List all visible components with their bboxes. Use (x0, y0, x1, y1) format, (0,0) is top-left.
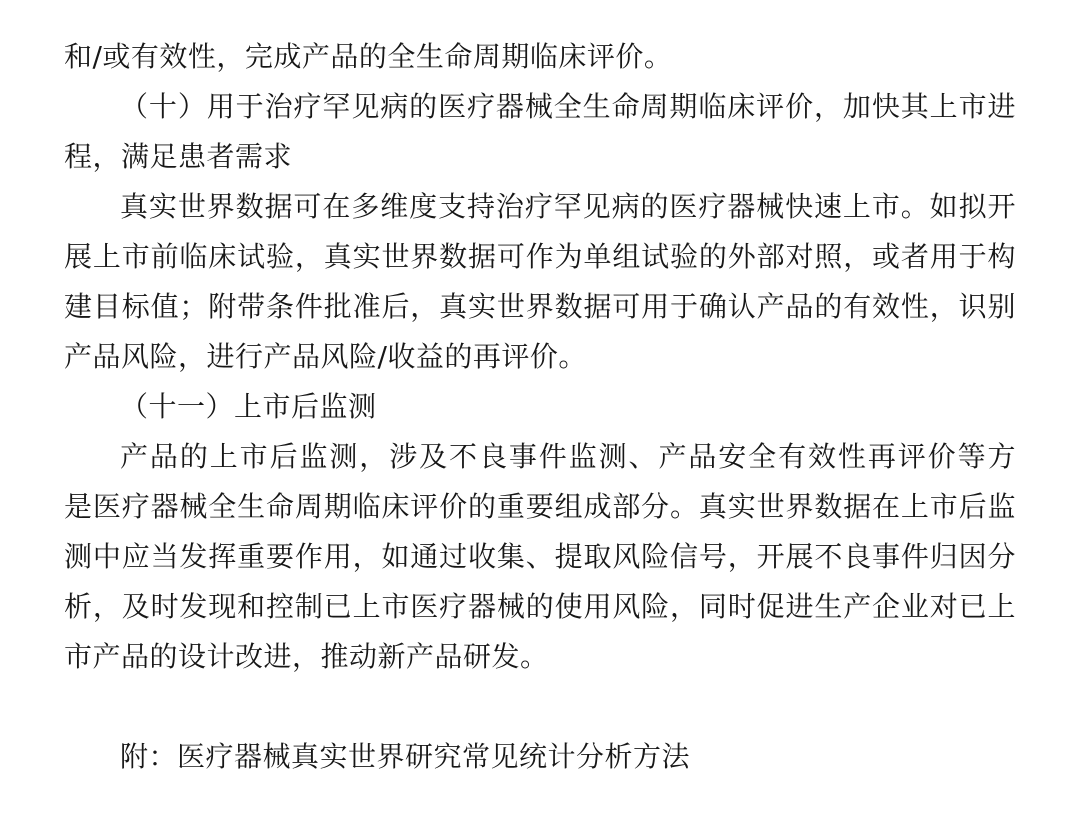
text-line: （十）用于治疗罕见病的医疗器械全生命周期临床评价，加快其上市进 (64, 82, 1016, 132)
text-line: 产品风险，进行产品风险/收益的再评价。 (64, 332, 1016, 382)
blank-line (64, 682, 1016, 732)
text-line: 附：医疗器械真实世界研究常见统计分析方法 (64, 732, 1016, 782)
text-line: 建目标值；附带条件批准后，真实世界数据可用于确认产品的有效性，识别 (64, 282, 1016, 332)
text-line: 真实世界数据可在多维度支持治疗罕见病的医疗器械快速上市。如拟开 (64, 182, 1016, 232)
text-line: 展上市前临床试验，真实世界数据可作为单组试验的外部对照，或者用于构 (64, 232, 1016, 282)
text-line: 程，满足患者需求 (64, 132, 1016, 182)
text-line: （十一）上市后监测 (64, 382, 1016, 432)
text-line: 市产品的设计改进，推动新产品研发。 (64, 632, 1016, 682)
text-line: 析，及时发现和控制已上市医疗器械的使用风险，同时促进生产企业对已上 (64, 582, 1016, 632)
text-line: 是医疗器械全生命周期临床评价的重要组成部分。真实世界数据在上市后监 (64, 482, 1016, 532)
text-line: 测中应当发挥重要作用，如通过收集、提取风险信号，开展不良事件归因分 (64, 532, 1016, 582)
document-text-block: 和/或有效性，完成产品的全生命周期临床评价。（十）用于治疗罕见病的医疗器械全生命… (64, 32, 1016, 782)
text-line: 产品的上市后监测，涉及不良事件监测、产品安全有效性再评价等方面， (64, 432, 1016, 482)
document-page: 和/或有效性，完成产品的全生命周期临床评价。（十）用于治疗罕见病的医疗器械全生命… (0, 0, 1080, 820)
text-line: 和/或有效性，完成产品的全生命周期临床评价。 (64, 32, 1016, 82)
